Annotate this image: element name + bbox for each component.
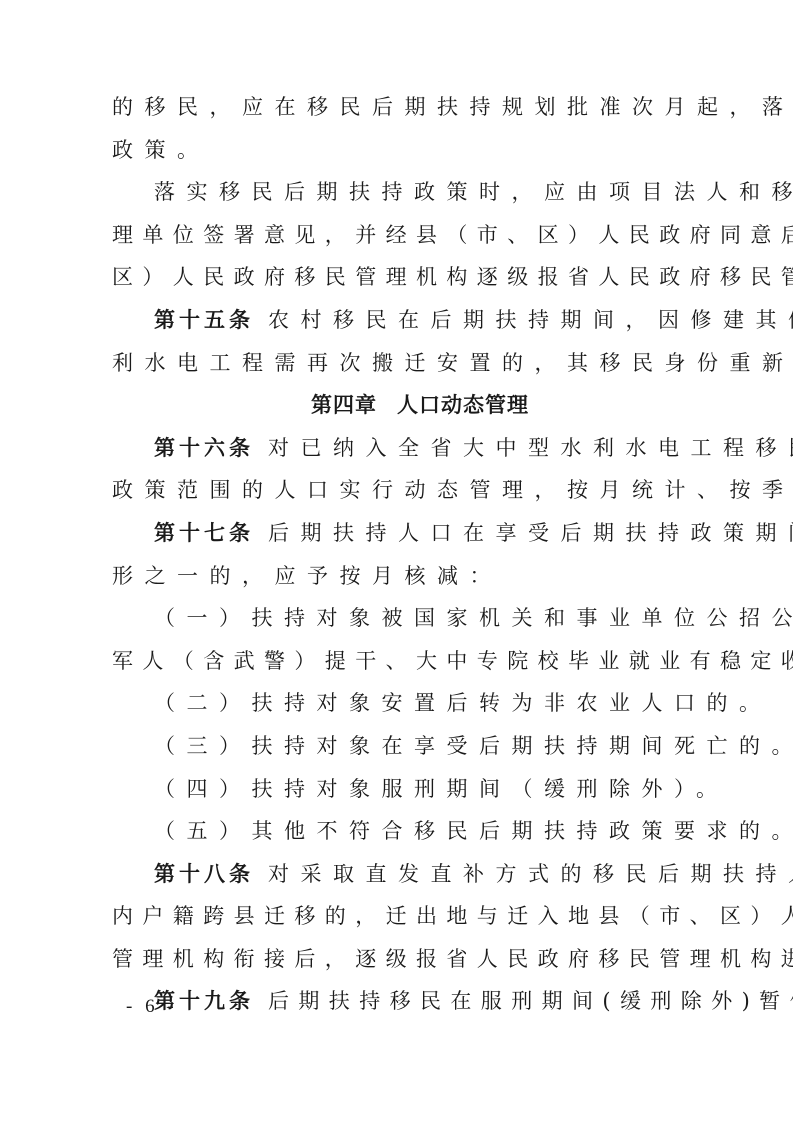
article-17: 第十七条后期扶持人口在享受后期扶持政策期间有下列情 — [112, 512, 702, 555]
chapter-title: 人口动态管理 — [397, 393, 529, 417]
list-item: （三）扶持对象在享受后期扶持期间死亡的。 — [112, 725, 702, 768]
article-18: 第十八条对采取直发直补方式的移民后期扶持人口，因省 — [112, 853, 702, 896]
paragraph-line: 落实移民后期扶持政策时，应由项目法人和移民安置综合监 — [112, 171, 702, 214]
article-number: 第十七条 — [154, 521, 254, 545]
article-text: 对采取直发直补方式的移民后期扶持人口，因省 — [268, 862, 793, 886]
list-item: （四）扶持对象服刑期间（缓刑除外）。 — [112, 768, 702, 811]
list-item: （二）扶持对象安置后转为非农业人口的。 — [112, 682, 702, 725]
chapter-number: 第四章 — [311, 393, 377, 417]
article-text: 对已纳入全省大中型水利水电工程移民后期扶持 — [268, 436, 793, 460]
list-item: （五）其他不符合移民后期扶持政策要求的。 — [112, 810, 702, 853]
article-number: 第十六条 — [154, 436, 254, 460]
paragraph-line: 的移民，应在移民后期扶持规划批准次月起，落实移民后期扶持 — [112, 86, 702, 129]
article-15: 第十五条农村移民在后期扶持期间，因修建其他大中型水 — [112, 299, 702, 342]
page-number: - 6 - — [126, 996, 178, 1018]
paragraph-line: 政策范围的人口实行动态管理，按月统计、按季核定。 — [112, 469, 702, 512]
list-item: （一）扶持对象被国家机关和事业单位公招公聘期间、现役 — [112, 597, 702, 640]
article-number: 第十五条 — [154, 308, 254, 332]
paragraph-line: 利水电工程需再次搬迁安置的，其移民身份重新核定登记。 — [112, 342, 702, 385]
article-text: 后期扶持移民在服刑期间(缓刑除外)暂停发放后 — [268, 989, 793, 1013]
list-item-continuation: 军人（含武警）提干、大中专院校毕业就业有稳定收入来源的。 — [112, 640, 702, 683]
article-number: 第十八条 — [154, 862, 254, 886]
paragraph-line: 理单位签署意见，并经县（市、区）人民政府同意后，由县（市、 — [112, 214, 702, 257]
paragraph-line: 政策。 — [112, 129, 702, 172]
paragraph-line: 管理机构衔接后，逐级报省人民政府移民管理机构进行相应调整。 — [112, 938, 702, 981]
article-19: 第十九条后期扶持移民在服刑期间(缓刑除外)暂停发放后 — [112, 980, 702, 1023]
article-text: 农村移民在后期扶持期间，因修建其他大中型水 — [268, 308, 793, 332]
paragraph-line: 区）人民政府移民管理机构逐级报省人民政府移民管理机构审核。 — [112, 256, 702, 299]
document-page: 的移民，应在移民后期扶持规划批准次月起，落实移民后期扶持 政策。 落实移民后期扶… — [112, 86, 702, 1023]
paragraph-line: 形之一的，应予按月核减： — [112, 555, 702, 598]
paragraph-line: 内户籍跨县迁移的，迁出地与迁入地县（市、区）人民政府移民 — [112, 895, 702, 938]
article-text: 后期扶持人口在享受后期扶持政策期间有下列情 — [268, 521, 793, 545]
article-16: 第十六条对已纳入全省大中型水利水电工程移民后期扶持 — [112, 427, 702, 470]
chapter-heading: 第四章人口动态管理 — [112, 384, 702, 427]
